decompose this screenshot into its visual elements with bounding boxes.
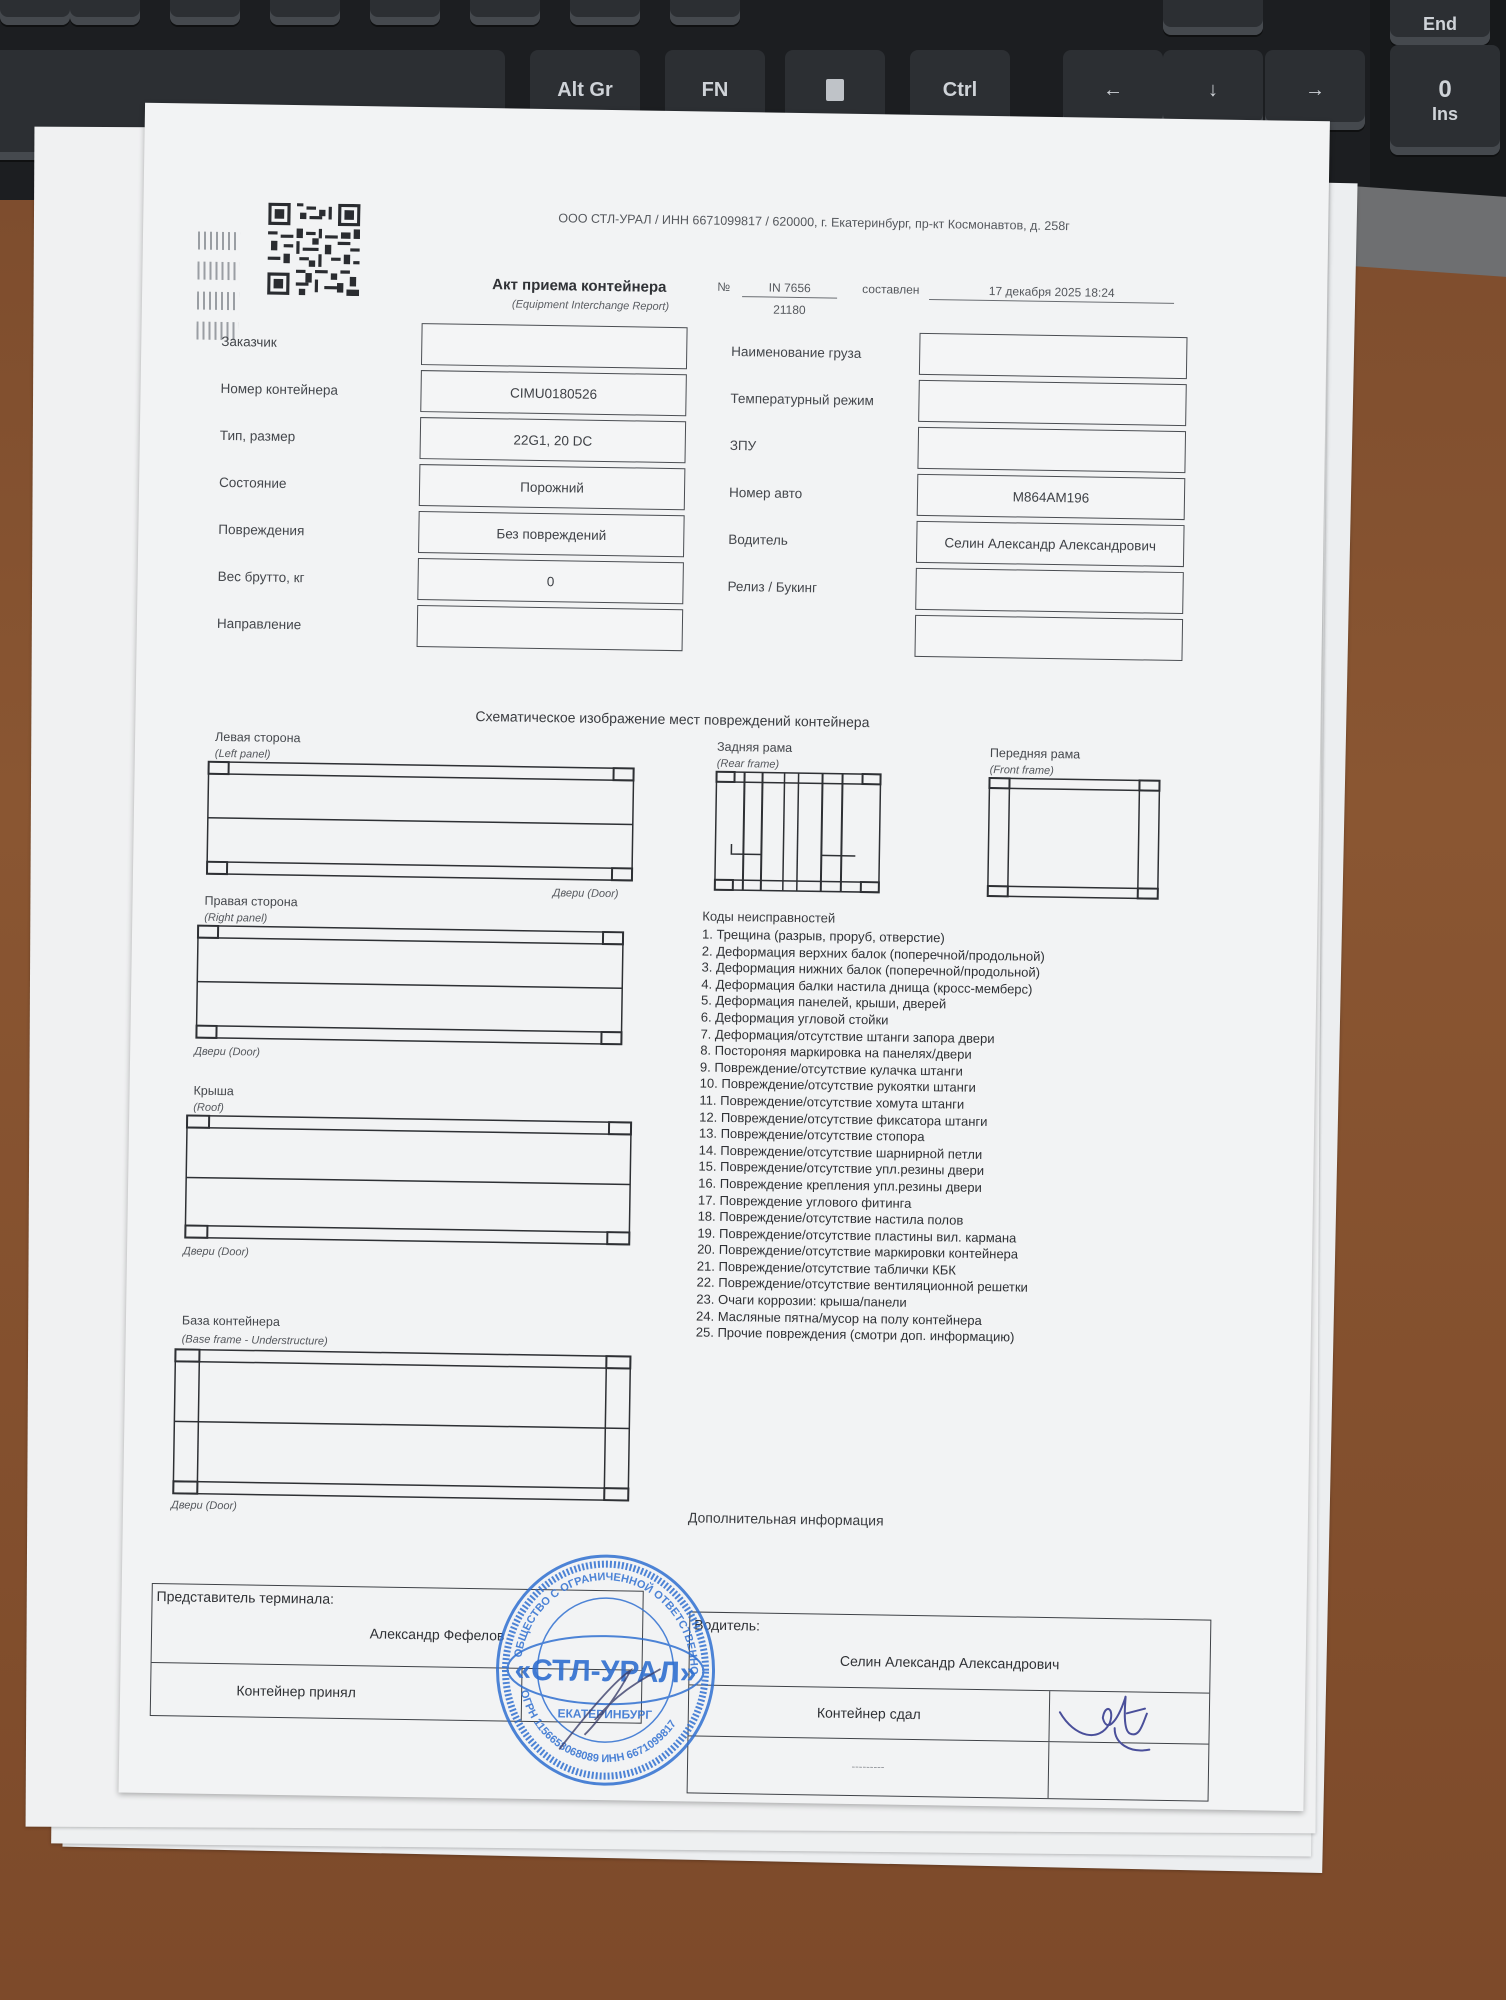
diagram-door-left: Двери (Door) [553, 887, 619, 900]
left-panel-diagram [205, 760, 637, 887]
field-seal [917, 427, 1186, 473]
field-damage: Без повреждений [418, 511, 685, 557]
diagram-door-base: Двери (Door) [171, 1499, 237, 1512]
field-label-gross-weight: Вес брутто, кг [218, 569, 305, 585]
report-number-label: № [717, 280, 730, 294]
driver-action-label: Контейнер сдал [688, 1685, 1049, 1741]
diagram-label-rear: Задняя рама [717, 740, 792, 755]
field-release-booking [915, 568, 1184, 614]
field-customer [421, 323, 688, 369]
diagram-label-right: Правая сторона [204, 894, 297, 909]
field-label-release-booking: Релиз / Букинг [727, 579, 817, 595]
base-frame-diagram [171, 1347, 633, 1504]
field-state: Порожний [419, 464, 686, 510]
field-label-cargo-name: Наименование груза [731, 344, 861, 361]
key-t [270, 0, 340, 25]
report-date-label: составлен [862, 282, 919, 297]
diagram-door-right: Двери (Door) [194, 1046, 260, 1059]
field-temperature [918, 380, 1187, 426]
key-yu [470, 0, 540, 25]
company-stamp-icon: ОБЩЕСТВО С ОГРАНИЧЕННОЙ ОТВЕТСТВЕННОСТЬЮ… [489, 1548, 723, 1792]
diagram-door-roof: Двери (Door) [183, 1245, 249, 1258]
context-menu-icon [826, 79, 844, 101]
svg-text:«СТЛ-УРАЛ»: «СТЛ-УРАЛ» [514, 1654, 697, 1690]
rear-frame-diagram [713, 770, 885, 898]
key-end: End [1390, 0, 1490, 45]
terminal-action-label: Контейнер принял [151, 1663, 442, 1720]
key-i [170, 0, 240, 25]
diagram-label-left: Левая сторона [215, 730, 301, 745]
field-label-type-size: Тип, размер [220, 428, 296, 444]
fault-codes-title: Коды неисправностей [702, 909, 835, 926]
diagram-sub-left: (Left panel) [215, 748, 271, 761]
field-container-number: CIMU0180526 [420, 370, 687, 416]
diagram-sub-roof: (Roof) [193, 1102, 224, 1114]
key-m [70, 0, 140, 25]
field-label-state: Состояние [219, 475, 287, 491]
fault-codes-list: 1. Трещина (разрыв, проруб, отверстие)2.… [696, 927, 1045, 1347]
diagram-label-roof: Крыша [193, 1084, 233, 1099]
interchange-report-page: ООО СТЛ-УРАЛ / ИНН 6671099817 / 620000, … [119, 103, 1330, 1811]
key-dot [570, 0, 640, 25]
diagram-sub-rear: (Rear frame) [717, 758, 780, 771]
field-label-seal: ЗПУ [730, 438, 757, 453]
field-label-customer: Заказчик [221, 334, 277, 350]
field-vehicle-number: M864AM196 [917, 474, 1186, 520]
field-label-vehicle-number: Номер авто [729, 485, 802, 501]
report-number: IN 7656 [742, 280, 837, 298]
driver-name-row: Водитель: Селин Александр Александрович [689, 1612, 1210, 1693]
diagram-label-front: Передняя рама [990, 746, 1080, 761]
driver-placeholder: --------- [688, 1736, 1049, 1798]
key-numpad-0-ins: 0 Ins [1390, 45, 1500, 155]
driver-signature-icon [1054, 1682, 1165, 1764]
diagram-sub-base: (Base frame - Understructure) [182, 1333, 328, 1347]
damage-schema-title: Схематическое изображение мест поврежден… [475, 708, 869, 730]
report-number-sub: 21180 [742, 302, 837, 317]
front-frame-diagram [986, 776, 1164, 904]
field-extra [914, 615, 1183, 661]
report-title: Акт приема контейнера [492, 276, 666, 296]
field-type-size: 22G1, 20 DC [420, 417, 687, 463]
field-cargo-name [919, 333, 1188, 379]
driver-name: Селин Александр Александрович [690, 1650, 1210, 1674]
driver-signature-cell [1048, 1691, 1050, 1741]
diagram-label-base: База контейнера [182, 1313, 280, 1329]
roof-diagram [183, 1113, 635, 1250]
field-direction [417, 605, 684, 651]
key-b [370, 0, 440, 25]
field-label-direction: Направление [217, 616, 302, 632]
report-subtitle: (Equipment Interchange Report) [512, 298, 669, 312]
key-c [0, 0, 70, 25]
key-slash [670, 0, 740, 25]
field-gross-weight: 0 [417, 558, 684, 604]
diagram-sub-front: (Front frame) [990, 764, 1054, 777]
report-date: 17 декабря 2025 18:24 [929, 283, 1174, 304]
right-panel-diagram [194, 924, 626, 1051]
driver-label: Водитель: [690, 1612, 1210, 1644]
field-driver: Селин Александр Александрович [916, 521, 1185, 567]
diagram-sub-right: (Right panel) [204, 912, 267, 925]
driver-date-cell [1048, 1742, 1050, 1798]
field-label-damage: Повреждения [218, 522, 304, 538]
key-arrow-up [1163, 0, 1263, 35]
field-label-container-number: Номер контейнера [220, 381, 338, 398]
field-label-driver: Водитель [728, 532, 788, 548]
key-arrow-right: → [1265, 50, 1365, 130]
company-header-line: ООО СТЛ-УРАЛ / ИНН 6671099817 / 620000, … [558, 211, 1070, 233]
qr-code-icon [267, 203, 360, 296]
additional-info-label: Дополнительная информация [688, 1509, 884, 1528]
field-label-temperature: Температурный режим [730, 391, 874, 408]
